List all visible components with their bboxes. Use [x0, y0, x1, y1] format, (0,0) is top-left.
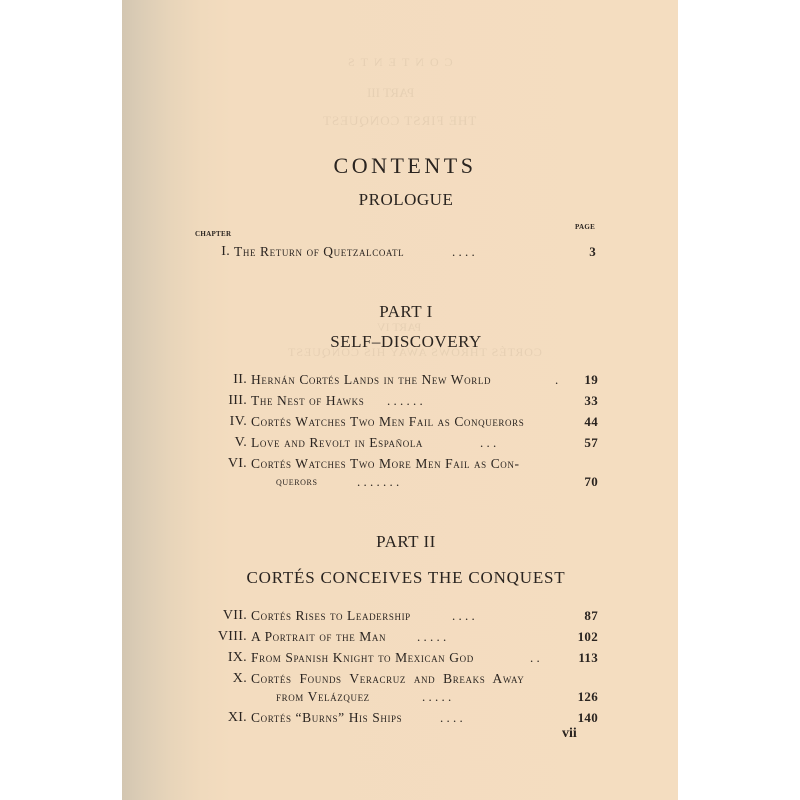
leader-dots: . .: [530, 650, 540, 666]
page-number: 33: [584, 393, 598, 409]
leader-dots: . . . .: [452, 244, 475, 260]
chapter-number: IV.: [230, 414, 247, 430]
toc-row-chapter-4[interactable]: IV. Cortés Watches Two Men Fail as Conqu…: [122, 414, 678, 432]
page-number: 57: [584, 435, 598, 451]
leader-dots: . . . . .: [422, 689, 451, 705]
bleed-through-part-heading: PART III: [367, 85, 414, 101]
toc-row-chapter-2[interactable]: II. Hernán Cortés Lands in the New World…: [122, 372, 678, 390]
chapter-title: Hernán Cortés Lands in the New World: [251, 372, 491, 388]
page-number: 126: [578, 689, 598, 705]
chapter-title: Cortés Watches Two Men Fail as Conqueror…: [251, 414, 524, 430]
page-number: 102: [578, 629, 598, 645]
chapter-number: III.: [228, 393, 247, 409]
chapter-number: X.: [233, 671, 247, 687]
toc-row-chapter-3[interactable]: III. The Nest of Hawks . . . . . . 33: [122, 393, 678, 411]
toc-row-chapter-10-continuation[interactable]: from Velázquez . . . . . 126: [122, 689, 678, 707]
page-column-label: PAGE: [575, 223, 595, 231]
part-2-heading: PART II: [122, 532, 678, 552]
part-1-heading: PART I: [122, 302, 678, 322]
chapter-number: I.: [221, 244, 230, 260]
bleed-through-part-subtitle: THE FIRST CONQUEST: [322, 113, 476, 129]
chapter-title-continuation: from Velázquez: [276, 689, 370, 705]
chapter-title: Cortés Founds Veracruz and Breaks Away: [251, 671, 524, 687]
chapter-title-continuation: querors: [276, 474, 318, 489]
chapter-number: II.: [233, 372, 247, 388]
chapter-number: VII.: [223, 608, 247, 624]
page-title: CONTENTS: [122, 153, 678, 179]
part-2-subtitle: CORTÉS CONCEIVES THE CONQUEST: [122, 568, 678, 588]
toc-row-chapter-8[interactable]: VIII. A Portrait of the Man . . . . . 10…: [122, 629, 678, 647]
bleed-through-running-head: CONTENTS: [342, 55, 453, 70]
chapter-number: XI.: [228, 710, 247, 726]
leader-dots: . . . . . .: [387, 393, 423, 409]
leader-dots: . . . .: [452, 608, 475, 624]
toc-row-chapter-6-continuation[interactable]: querors . . . . . . . 70: [122, 474, 678, 492]
page-number: 140: [578, 710, 598, 726]
leader-dots: . . . .: [440, 710, 463, 726]
part-1-subtitle: SELF–DISCOVERY: [122, 332, 678, 352]
chapter-number: IX.: [228, 650, 247, 666]
leader-dots: . . . . .: [417, 629, 446, 645]
chapter-title: The Nest of Hawks: [251, 393, 364, 409]
toc-row-chapter-6[interactable]: VI. Cortés Watches Two More Men Fail as …: [122, 456, 678, 474]
chapter-title: A Portrait of the Man: [251, 629, 386, 645]
chapter-title: Love and Revolt in Española: [251, 435, 423, 451]
leader-dots: . . . . . . .: [357, 474, 399, 490]
chapter-column-label: CHAPTER: [195, 230, 231, 238]
toc-row-chapter-9[interactable]: IX. From Spanish Knight to Mexican God .…: [122, 650, 678, 668]
page-number: 3: [589, 244, 596, 260]
book-page: CONTENTS PART III THE FIRST CONQUEST PAR…: [122, 0, 678, 800]
page-number: 87: [584, 608, 598, 624]
page-number: 113: [578, 650, 598, 666]
prologue-heading: PROLOGUE: [122, 190, 678, 210]
chapter-title: Cortés Watches Two More Men Fail as Con-: [251, 456, 520, 472]
chapter-title: Cortés “Burns” His Ships: [251, 710, 402, 726]
chapter-number: VIII.: [218, 629, 247, 645]
chapter-number: V.: [235, 435, 247, 451]
page-number: 70: [584, 474, 598, 490]
leader-dots: .: [555, 372, 558, 388]
chapter-title: From Spanish Knight to Mexican God: [251, 650, 474, 666]
page-number: 44: [584, 414, 598, 430]
page-folio: vii: [562, 726, 577, 742]
toc-row-chapter-5[interactable]: V. Love and Revolt in Española . . . 57: [122, 435, 678, 453]
leader-dots: . . .: [480, 435, 496, 451]
toc-row-chapter-1[interactable]: I. The Return of Quetzalcoatl . . . . 3: [122, 244, 678, 262]
chapter-title: The Return of Quetzalcoatl: [234, 244, 404, 260]
toc-row-chapter-10[interactable]: X. Cortés Founds Veracruz and Breaks Awa…: [122, 671, 678, 689]
chapter-number: VI.: [228, 456, 247, 472]
toc-row-chapter-11[interactable]: XI. Cortés “Burns” His Ships . . . . 140: [122, 710, 678, 728]
chapter-title: Cortés Rises to Leadership: [251, 608, 411, 624]
page-number: 19: [584, 372, 598, 388]
toc-row-chapter-7[interactable]: VII. Cortés Rises to Leadership . . . . …: [122, 608, 678, 626]
